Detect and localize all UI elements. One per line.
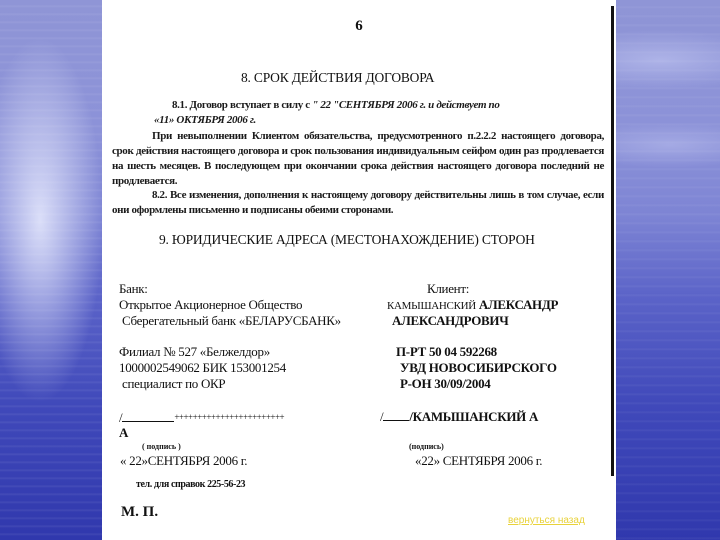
page-number: 6	[102, 18, 616, 35]
page-edge-shadow	[611, 6, 614, 476]
client-passport-issue-date: Р-ОН 30/09/2004	[400, 375, 490, 393]
clause-8-1-extension: При невыполнении Клиентом обязательства,…	[112, 129, 604, 189]
clause-8-1-text: 8.1. Договор вступает в силу с	[172, 99, 312, 111]
bank-signature-continuation: А	[119, 424, 128, 442]
bank-signature-line: /++++++++++++++++++++++++	[119, 408, 284, 427]
bank-line-2: Сберегательный банк «БЕЛАРУСБАНК»	[122, 312, 341, 330]
client-surname: КАМЫШАНСКИЙ	[387, 300, 476, 312]
scanned-document-page: 6 8. СРОК ДЕЙСТВИЯ ДОГОВОРА 8.1. Договор…	[102, 0, 616, 540]
bank-signature-dots: ++++++++++++++++++++++++	[174, 412, 284, 422]
back-link[interactable]: вернуться назад	[508, 515, 585, 526]
bank-specialist: специалист по ОКР	[122, 375, 225, 393]
client-patronymic: АЛЕКСАНДРОВИЧ	[392, 312, 508, 330]
client-signature-name: /КАМЫШАНСКИЙ А	[409, 409, 538, 424]
client-signature-caption: (подпись)	[409, 442, 444, 451]
clause-8-1-start-date: " 22 "СЕНТЯБРЯ 2006 г. и действует по	[312, 99, 499, 111]
slide-background-right	[616, 0, 720, 540]
clause-8-2: 8.2. Все изменения, дополнения к настоящ…	[112, 188, 604, 218]
clause-8-1-line1: 8.1. Договор вступает в силу с " 22 "СЕН…	[172, 98, 499, 113]
reference-phone: тел. для справок 225-56-23	[136, 479, 245, 490]
section-9-title: 9. ЮРИДИЧЕСКИЕ АДРЕСА (МЕСТОНАХОЖДЕНИЕ) …	[159, 232, 535, 249]
section-8-title: 8. СРОК ДЕЙСТВИЯ ДОГОВОРА	[241, 70, 434, 87]
bank-signature-caption: ( подпись )	[142, 442, 181, 451]
slide-background-left	[0, 0, 102, 540]
clause-8-1-end-date: «11» ОКТЯБРЯ 2006 г.	[154, 113, 256, 128]
bank-signing-date: « 22»СЕНТЯБРЯ 2006 г.	[120, 452, 247, 470]
client-signature-line: //КАМЫШАНСКИЙ А	[380, 408, 538, 426]
client-first-name: АЛЕКСАНДР	[479, 297, 558, 312]
client-signature-blank	[383, 410, 409, 421]
seal-place-label: М. П.	[121, 504, 158, 521]
bank-signature-blank	[122, 411, 174, 422]
client-signing-date: «22» СЕНТЯБРЯ 2006 г.	[415, 452, 542, 470]
